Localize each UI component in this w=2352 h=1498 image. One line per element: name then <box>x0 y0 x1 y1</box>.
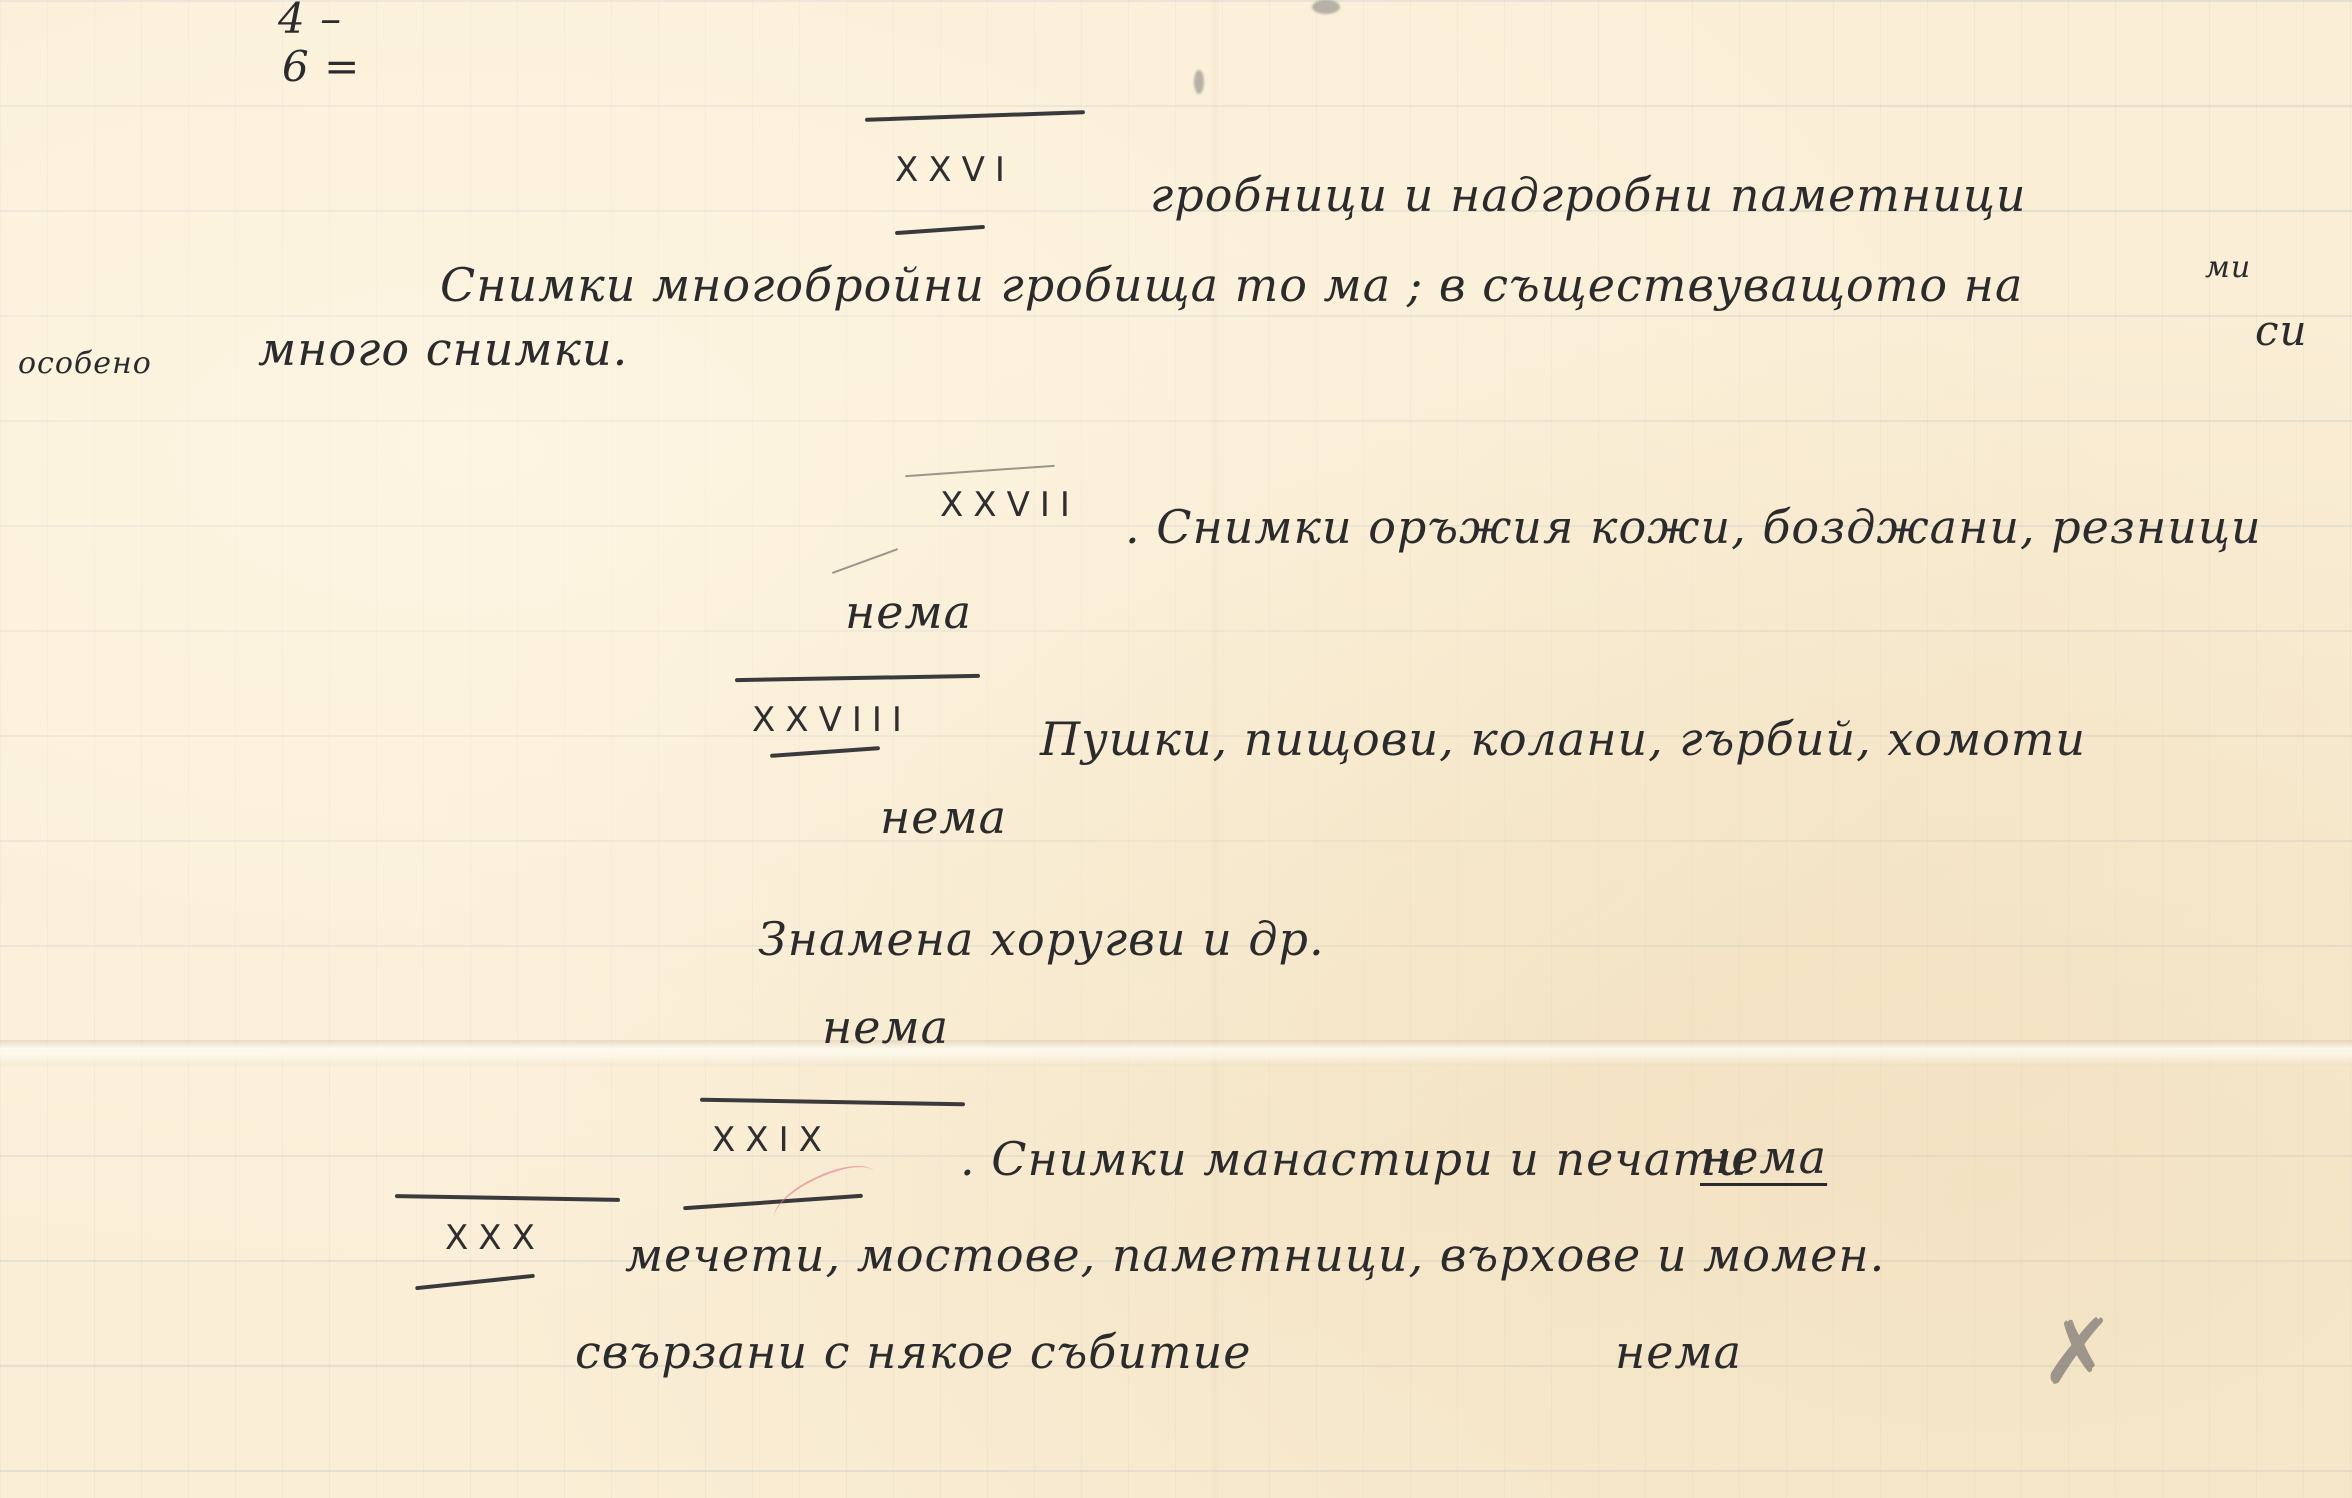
pencil-mark: ✗ <box>2040 1300 2116 1405</box>
section-heading: Знамена хоругви и др. <box>758 912 1325 966</box>
section-numeral: XXVII <box>940 485 1080 525</box>
section-status: нема <box>822 1000 949 1054</box>
section-text-line: много снимки. <box>258 322 628 376</box>
superscript-note: ми <box>2205 250 2251 285</box>
ink-blot <box>1312 0 1340 14</box>
section-status: нема <box>845 585 972 639</box>
section-status: нема <box>880 790 1007 844</box>
section-heading: мечети, мостове, паметници, върхове и мо… <box>625 1228 1885 1282</box>
section-text-line: свързани с някое събитие <box>575 1325 1251 1379</box>
top-mark-1: 4 – <box>278 0 342 43</box>
section-numeral: XXIX <box>712 1120 832 1160</box>
section-heading: Пушки, пищови, колани, гърбий, хомоти <box>1040 712 2086 766</box>
horizontal-fold <box>0 1040 2352 1066</box>
section-numeral: XXVI <box>895 150 1015 190</box>
section-heading: гробници и надгробни паметници <box>1150 168 2027 222</box>
ink-blot <box>1194 70 1204 94</box>
margin-note: особено <box>18 346 152 381</box>
section-numeral: XXX <box>445 1218 545 1258</box>
section-status: нема <box>1700 1130 1827 1184</box>
line-ending: си <box>2255 306 2308 355</box>
section-heading: . Снимки оръжия кожи, бозджани, резници <box>1125 500 2262 554</box>
section-numeral: XXVIII <box>752 700 912 740</box>
section-text-line: Снимки многобройни гробища то ма ; в същ… <box>440 258 2023 312</box>
section-status: нема <box>1615 1325 1742 1379</box>
section-heading: . Снимки манастири и печати <box>960 1132 1748 1186</box>
top-mark-2: 6 = <box>282 42 360 91</box>
